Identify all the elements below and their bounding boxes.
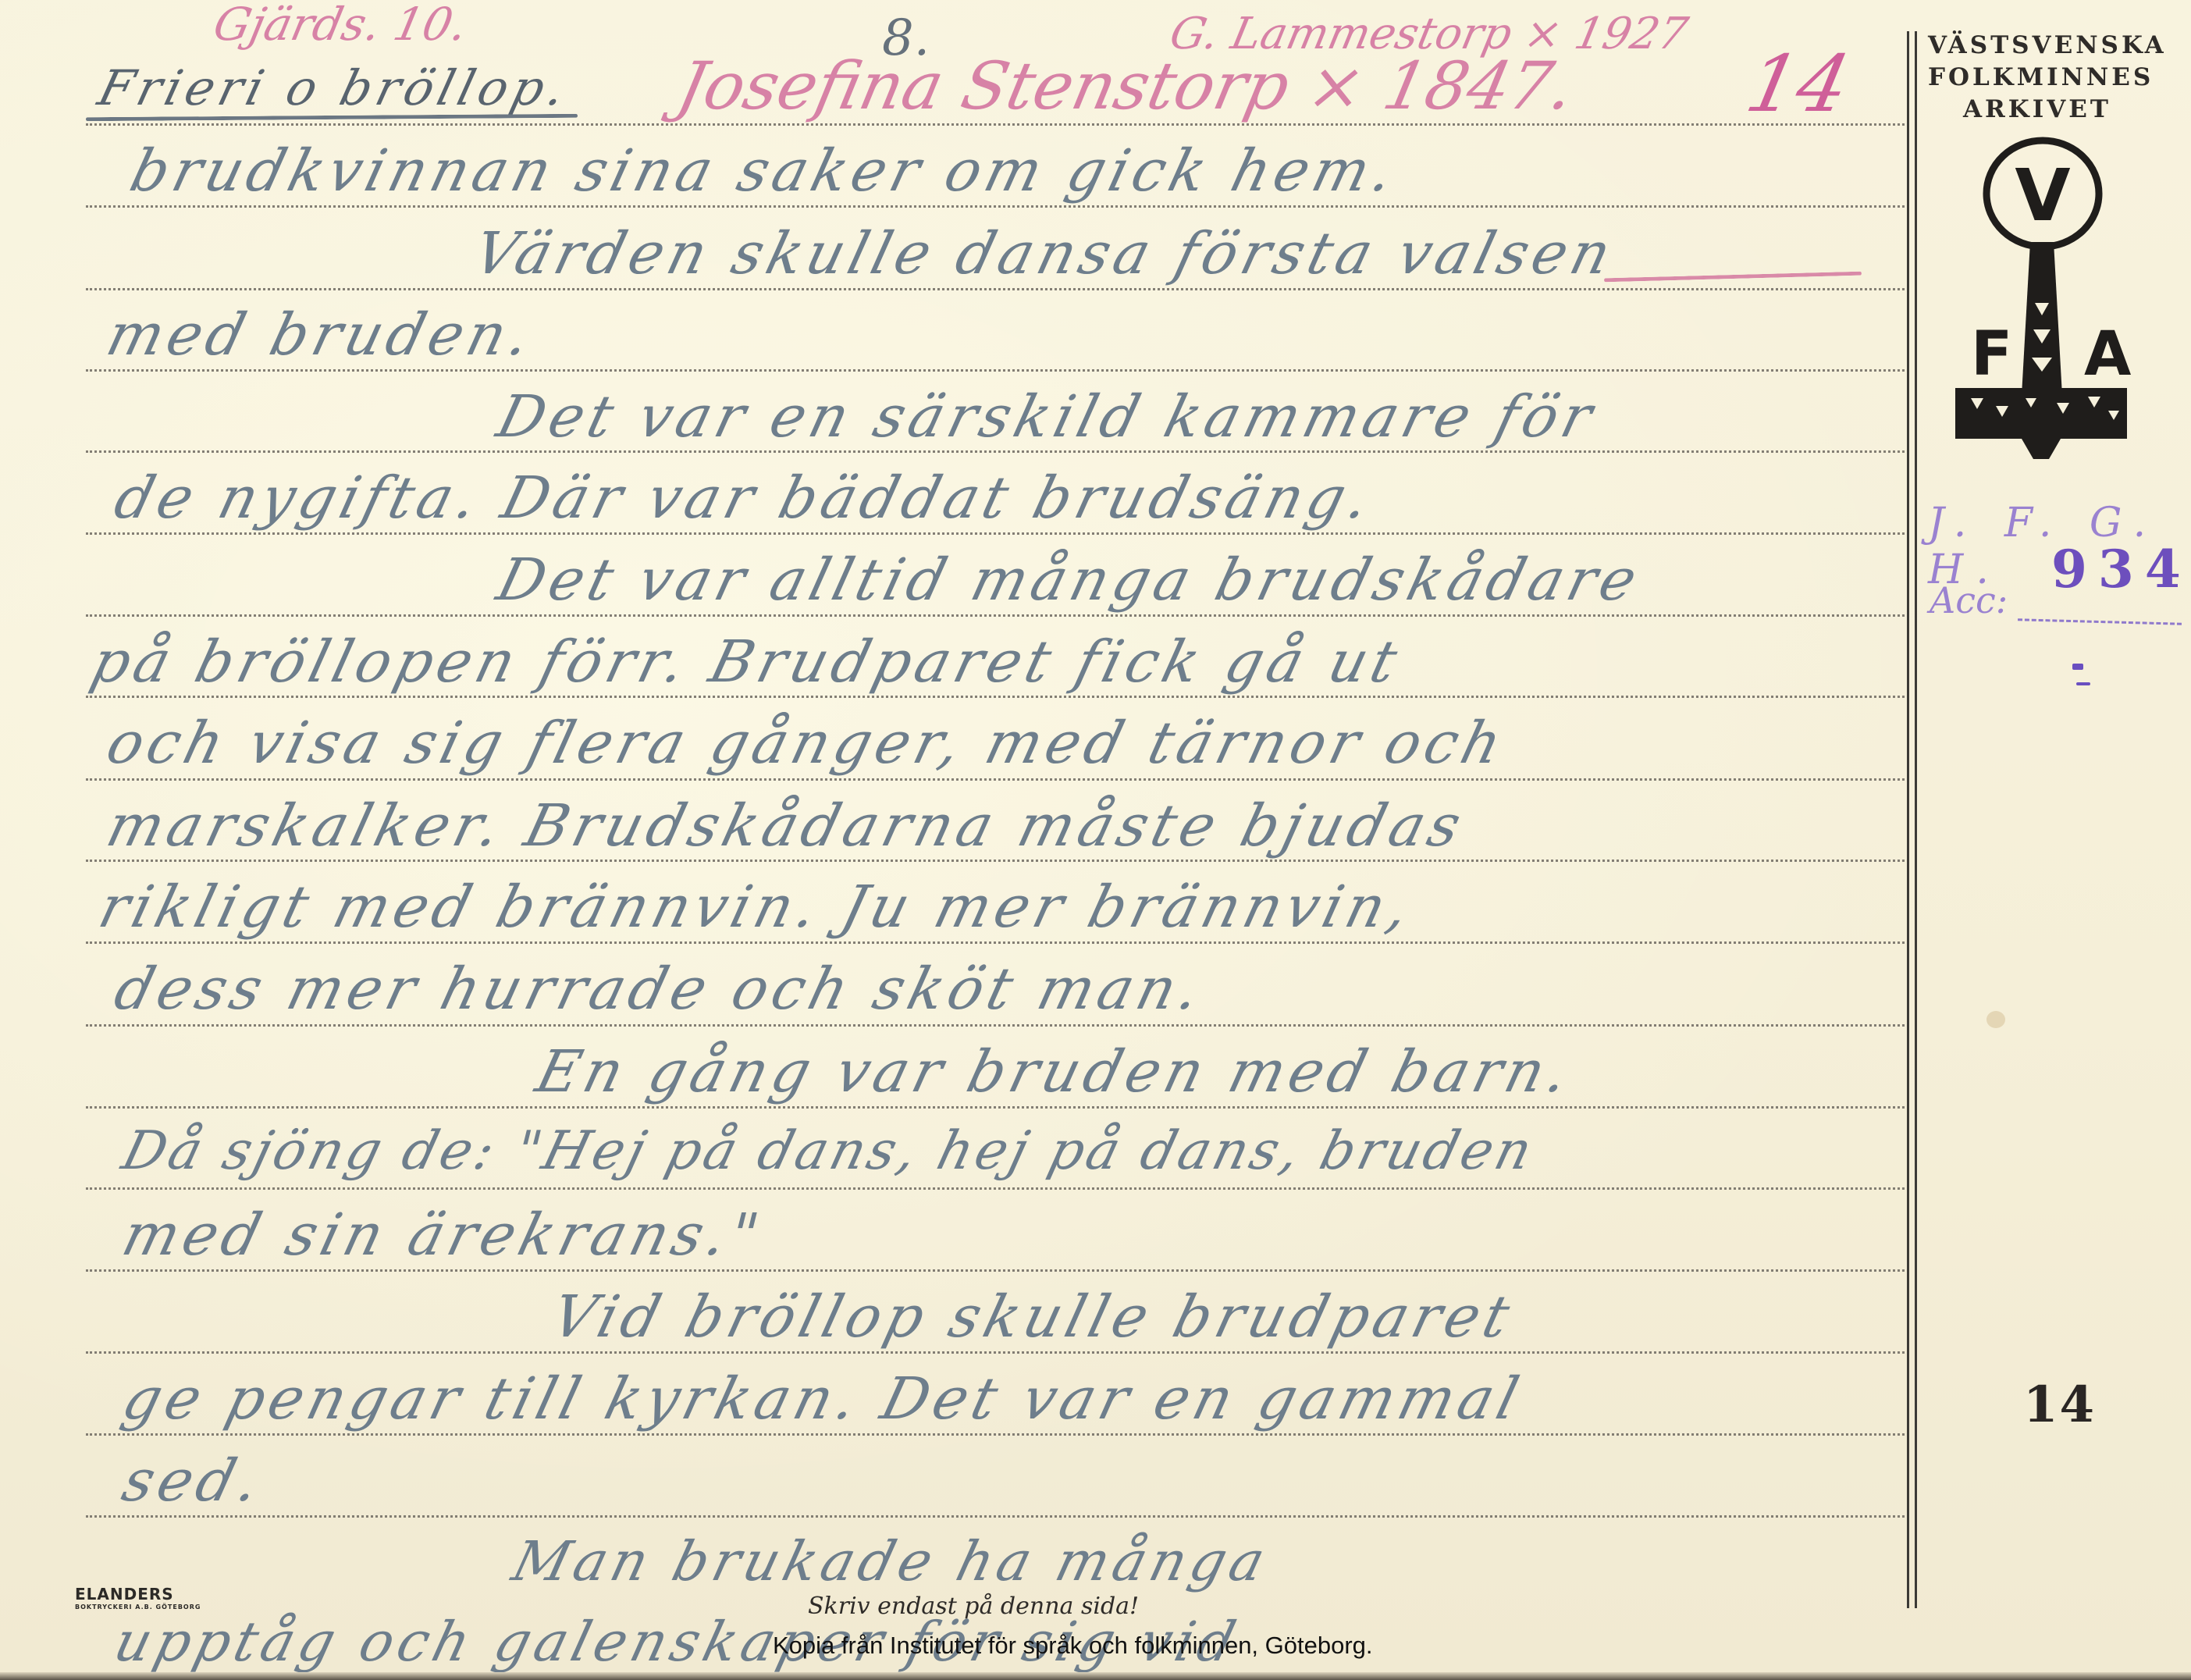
archive-title: VÄSTSVENSKA FOLKMINNES ARKIVET — [1928, 30, 2147, 126]
sheet-mark-annotation: 14 — [1740, 45, 1856, 123]
text-line: med sin ärekrans." — [117, 1206, 769, 1264]
recorder-annotation: G. Lammestorp × 1927 — [1166, 12, 1691, 56]
text-line: Då sjöng de: "Hej på dans, hej på dans, … — [117, 1125, 1540, 1178]
accession-label: Acc: — [1930, 579, 2008, 621]
text-line: Värden skulle dansa första valsen — [468, 225, 1621, 283]
text-line: brudkvinnan sina saker om gick hem. — [125, 142, 1403, 200]
sheet-number: 14 — [2023, 1376, 2096, 1434]
text-line: de nygifta. Där var bäddat brudsäng. — [109, 469, 1379, 527]
thors-hammer-icon: V F A — [1940, 125, 2143, 461]
archive-title-line1: VÄSTSVENSKA — [1928, 30, 2147, 62]
margin-divider-right — [1915, 31, 1917, 1608]
printer-subtitle: BOKTRYCKERI A.B. GÖTEBORG — [75, 1603, 201, 1611]
place-annotation: Gjärds. 10. — [210, 2, 471, 47]
text-line: ge pengar till kyrkan. Det var en gammal — [117, 1370, 1528, 1428]
text-line: Det var alltid många brudskådare — [492, 551, 1647, 609]
ink-blot — [2076, 682, 2090, 685]
heading: Frieri o bröllop. — [94, 64, 574, 112]
archive-title-line2: FOLKMINNES — [1928, 62, 2147, 94]
svg-text:A: A — [2084, 319, 2131, 390]
printer-name: ELANDERS — [75, 1585, 201, 1603]
scan-edge — [0, 1672, 2191, 1680]
text-line: En gång var bruden med barn. — [531, 1043, 1578, 1101]
footer-instruction: Skriv endast på denna sida! — [808, 1593, 1139, 1620]
copy-notice: Kopia från Institutet för språk och folk… — [773, 1632, 1373, 1660]
printer-mark: ELANDERS BOKTRYCKERI A.B. GÖTEBORG — [75, 1585, 201, 1611]
text-line: Det var en särskild kammare för — [492, 388, 1602, 446]
text-line: dess mer hurrade och sköt man. — [109, 960, 1210, 1018]
informant-annotation: Josefina Stenstorp × 1847. — [672, 53, 1580, 119]
text-line: Man brukade ha många — [507, 1534, 1275, 1589]
text-line: rikligt med brännvin. Ju mer brännvin, — [94, 878, 1419, 936]
accession-number: 934 — [2051, 539, 2191, 600]
svg-text:F: F — [1971, 319, 2012, 390]
paper-stain — [1986, 1011, 2005, 1028]
archive-title-line3: ARKIVET — [1928, 94, 2147, 126]
ink-blot — [2072, 664, 2083, 670]
margin-divider-left — [1907, 31, 1909, 1608]
text-line: och visa sig flera gånger, med tärnor oc… — [101, 714, 1512, 772]
svg-text:V: V — [2015, 154, 2070, 237]
text-line: Vid bröllop skulle brudparet — [546, 1288, 1520, 1346]
text-line: marskalker. Brudskådarna måste bjudas — [101, 797, 1471, 855]
text-line: på bröllopen förr. Brudparet fick gå ut — [86, 633, 1407, 691]
page-number: 8. — [882, 9, 930, 67]
text-line: sed. — [117, 1452, 269, 1510]
text-line: med bruden. — [101, 306, 540, 364]
